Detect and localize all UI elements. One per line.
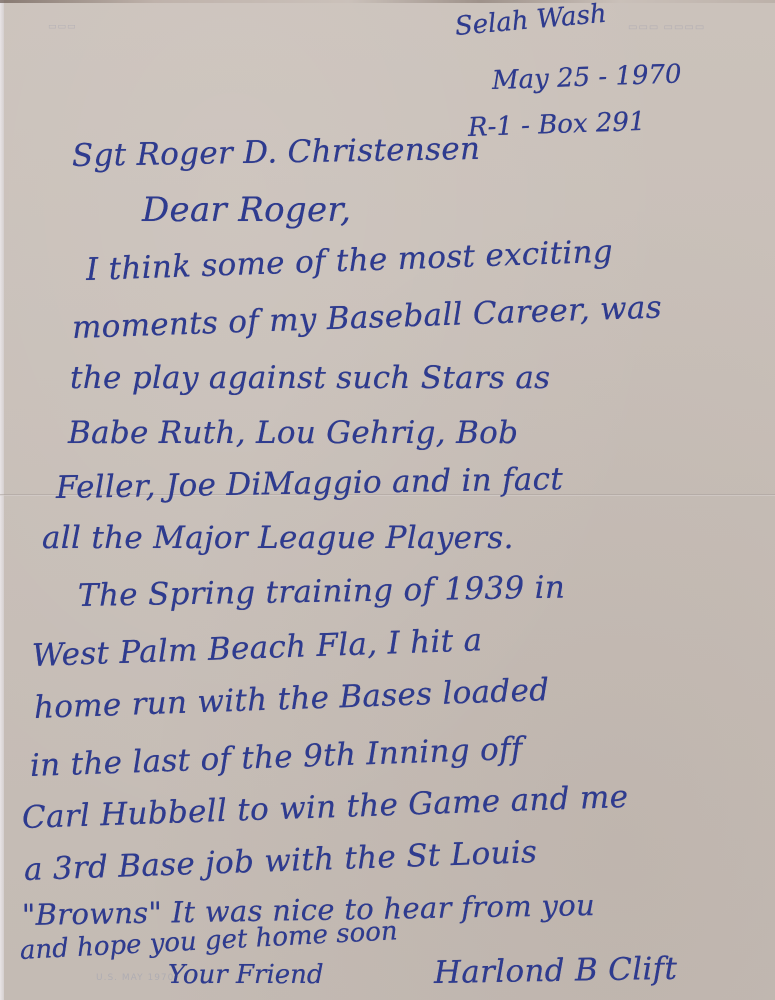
body-line: a 3rd Base job with the St Louis [23, 834, 537, 888]
header-address: R-1 - Box 291 [467, 107, 645, 143]
body-line: in the last of the 9th Inning off [29, 731, 523, 784]
faint-mark-top-right: ▭▭▭ ▭▭▭▭ [628, 22, 705, 33]
letter-page: ▭▭▭ ▭▭▭ ▭▭▭▭ Selah Wash May 25 - 1970 R-… [0, 0, 775, 1000]
paper-left-edge [0, 0, 4, 1000]
faint-mark-top-left: ▭▭▭ [48, 22, 77, 32]
body-line: all the Major League Players. [42, 520, 514, 556]
body-line: I think some of the most exciting [85, 234, 613, 288]
header-date: May 25 - 1970 [491, 59, 682, 96]
signature: Harlond B Clift [434, 951, 678, 991]
recipient-name: Sgt Roger D. Christensen [72, 131, 481, 174]
body-line: West Palm Beach Fla, I hit a [31, 622, 483, 674]
body-line: moments of my Baseball Career, was [71, 289, 662, 346]
body-line: Feller, Joe DiMaggio and in fact [56, 461, 564, 506]
body-line: Babe Ruth, Lou Gehrig, Bob [68, 415, 518, 451]
body-line: Carl Hubbell to win the Game and me [21, 779, 628, 836]
closing: Your Friend [168, 960, 324, 990]
body-line: the play against such Stars as [70, 360, 550, 396]
salutation: Dear Roger, [142, 190, 351, 230]
paper-top-edge [0, 0, 775, 3]
postal-stamp: U.S. MAY 1970 [96, 973, 174, 983]
body-line: home run with the Bases loaded [33, 672, 550, 726]
header-place: Selah Wash [454, 0, 608, 42]
body-line: The Spring training of 1939 in [78, 570, 566, 614]
